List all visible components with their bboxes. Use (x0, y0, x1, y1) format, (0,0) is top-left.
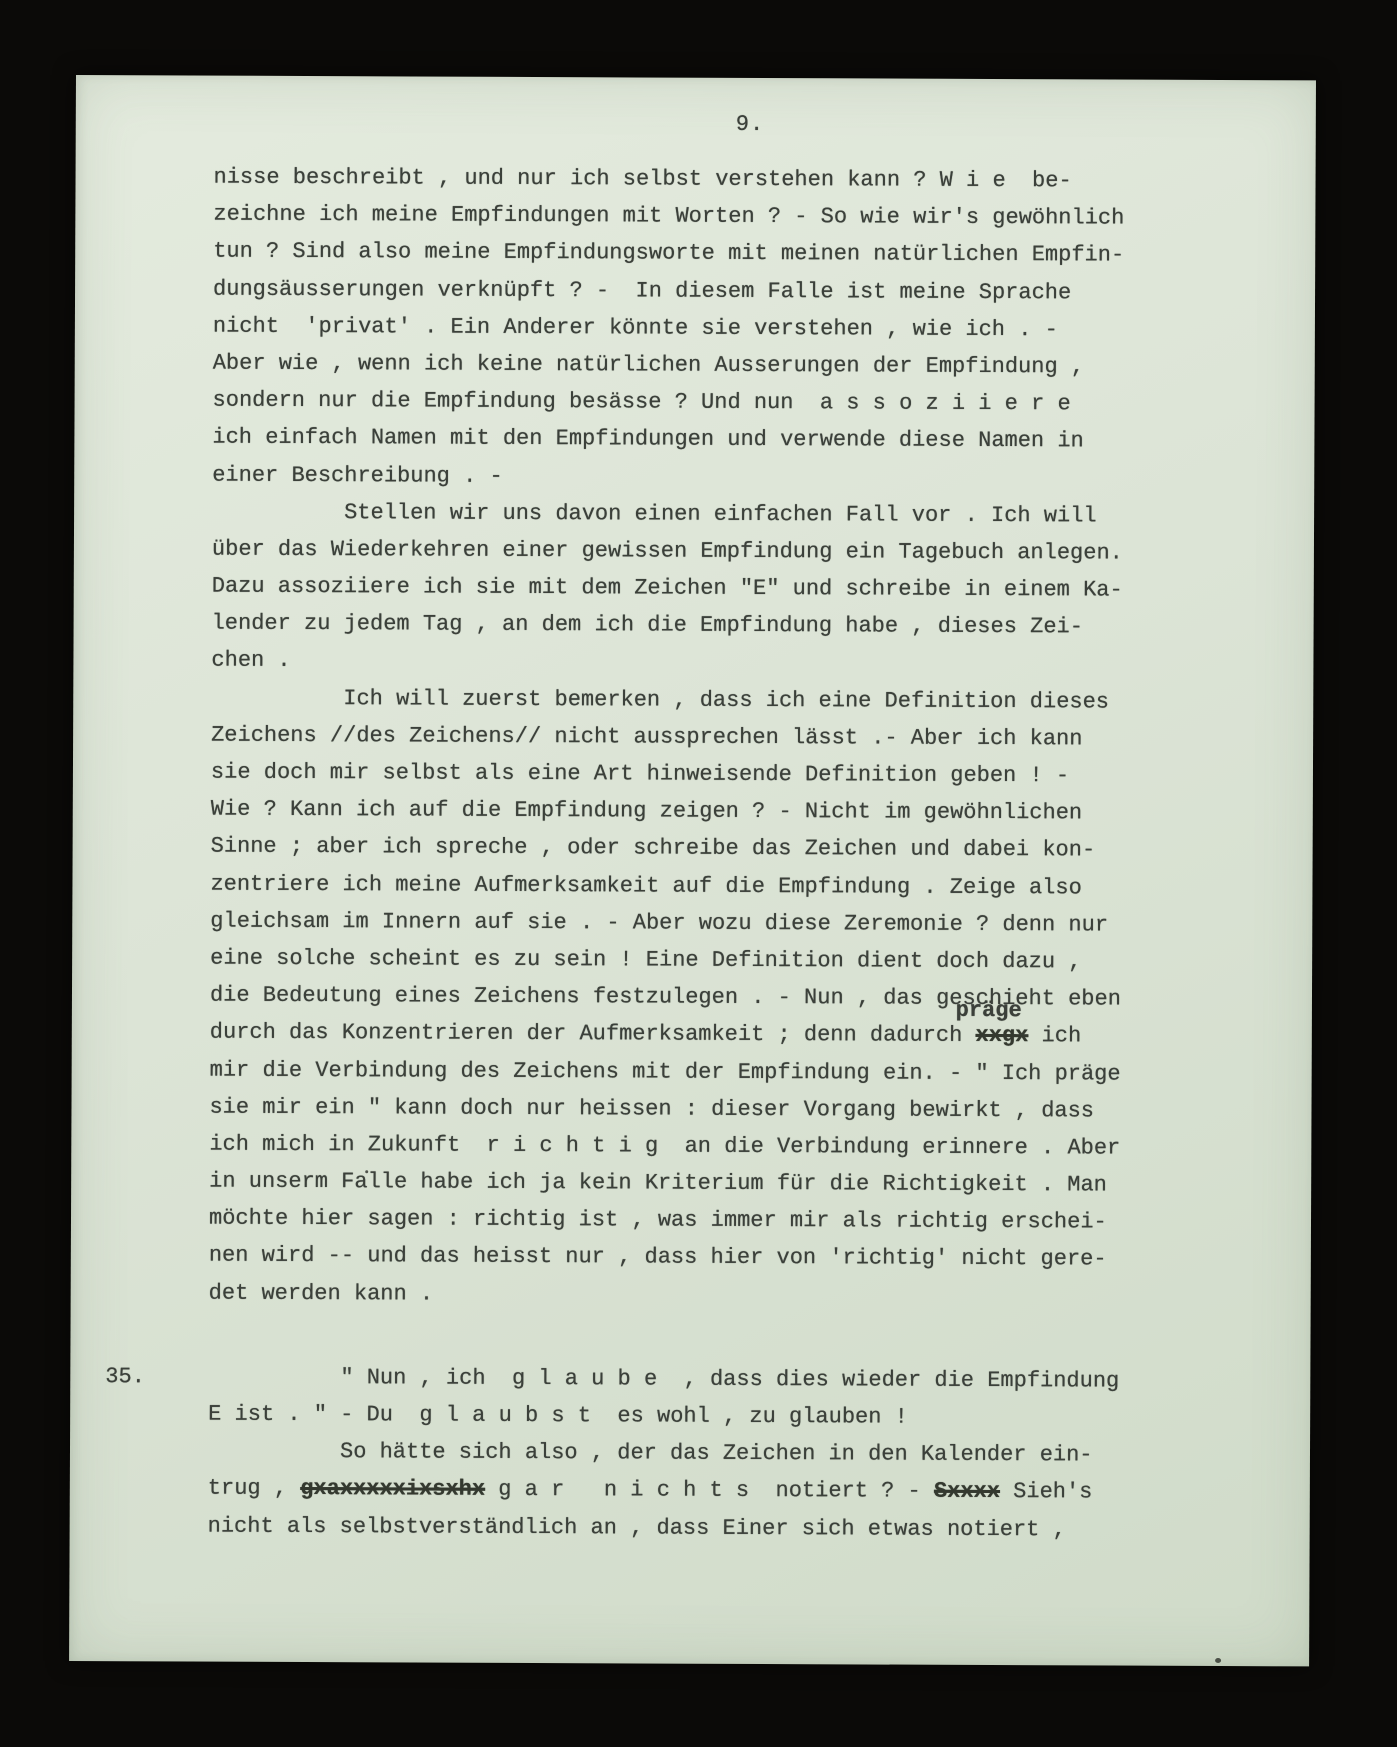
text-segment: nicht als selbstverständlich an , dass E… (208, 1513, 1066, 1542)
text-line: Aber wie , wenn ich keine natürlichen Au… (213, 345, 1283, 387)
text-line: in unserm Falle habe ich ja kein Kriteri… (209, 1163, 1279, 1205)
struck-out-text: xxgx (975, 1023, 1028, 1048)
text-segment: So hätte sich also , der das Zeichen in … (208, 1439, 1093, 1468)
text-line: sie doch mir selbst als eine Art hinweis… (211, 754, 1281, 796)
text-segment: sie mir ein " kann doch nur heissen : di… (209, 1094, 1094, 1123)
text-line: sie mir ein " kann doch nur heissen : di… (209, 1088, 1279, 1130)
text-segment: zentriere ich meine Aufmerksamkeit auf d… (210, 871, 1081, 900)
text-segment: zeichne ich meine Empfindungen mit Worte… (213, 202, 1124, 231)
text-line: " Nun , ich g l a u b e , dass dies wied… (208, 1358, 1278, 1400)
text-segment: trug , (208, 1476, 301, 1501)
text-line: lender zu jedem Tag , an dem ich die Emp… (212, 605, 1282, 647)
text-segment: g a r n i c h t s notiert ? - (485, 1477, 934, 1504)
text-segment: einer Beschreibung . - (212, 462, 503, 488)
text-segment: lender zu jedem Tag , an dem ich die Emp… (212, 611, 1083, 640)
text-segment: nen wird -- und das heisst nur , dass hi… (209, 1243, 1107, 1272)
text-segment: Aber wie , wenn ich keine natürlichen Au… (213, 351, 1084, 380)
text-line: trug , gxaxxxxxixsxhx g a r n i c h t s … (208, 1470, 1278, 1512)
text-segment: mir die Verbindung des Zeichens mit der … (210, 1057, 1121, 1086)
text-segment: nisse beschreibt , und nur ich selbst ve… (214, 165, 1072, 194)
scan-background: { "colors": { "background": "#0b0a08", "… (0, 0, 1397, 1747)
text-segment: Sinne ; aber ich spreche , oder schreibe… (211, 834, 1096, 863)
text-segment: Ich will zuerst bemerken , dass ich eine… (211, 685, 1109, 714)
struck-out-text: gxaxxxxxixsxhx (300, 1476, 485, 1502)
text-segment: Zeichens //des Zeichens// nicht aussprec… (211, 722, 1082, 751)
text-line: die Bedeutung eines Zeichens festzulegen… (210, 977, 1280, 1019)
text-line: dungsäusserungen verknüpft ? - In diesem… (213, 270, 1283, 312)
text-segment: sie doch mir selbst als eine Art hinweis… (211, 760, 1069, 789)
text-line: E ist . " - Du g l a u b s t es wohl , z… (208, 1396, 1278, 1438)
text-segment: Wie ? Kann ich auf die Empfindung zeigen… (211, 797, 1082, 826)
text-segment: ich mich in Zukunft r i c h t i g an die… (209, 1131, 1120, 1160)
text-line: ich mich in Zukunft r i c h t i g an die… (209, 1125, 1279, 1167)
text-segment: Sieh's (1000, 1479, 1093, 1504)
text-line: Stellen wir uns davon einen einfachen Fa… (212, 493, 1282, 535)
text-line: nicht als selbstverständlich an , dass E… (208, 1507, 1278, 1549)
text-line: möchte hier sagen : richtig ist , was im… (209, 1200, 1279, 1242)
struck-out-text: Sxxxx (934, 1479, 1000, 1504)
text-line: det werden kann . (209, 1274, 1279, 1316)
text-line: Dazu assoziiere ich sie mit dem Zeichen … (212, 568, 1282, 610)
text-segment: eine solche scheint es zu sein ! Eine De… (210, 946, 1081, 975)
text-segment: Dazu assoziiere ich sie mit dem Zeichen … (212, 574, 1123, 603)
text-segment: E ist . " - Du g l a u b s t es wohl , z… (208, 1402, 908, 1430)
text-line: nen wird -- und das heisst nur , dass hi… (209, 1237, 1279, 1279)
text-segment: über das Wiederkehren einer gewissen Emp… (212, 536, 1123, 565)
text-line: nisse beschreibt , und nur ich selbst ve… (213, 159, 1283, 201)
text-segment: dungsäusserungen verknüpft ? - In diesem… (213, 276, 1071, 305)
paragraph: 35. " Nun , ich g l a u b e , dass dies … (208, 1358, 1279, 1549)
text-line: zeichne ich meine Empfindungen mit Worte… (213, 196, 1283, 238)
text-line: mir die Verbindung des Zeichens mit der … (210, 1051, 1280, 1093)
text-line: sondern nur die Empfindung besässe ? Und… (213, 382, 1283, 424)
dust-speck (365, 1170, 368, 1173)
text-line: zentriere ich meine Aufmerksamkeit auf d… (210, 865, 1280, 907)
text-line: nicht 'privat' . Ein Anderer könnte sie … (213, 307, 1283, 349)
text-segment: sondern nur die Empfindung besässe ? Und… (213, 388, 1071, 417)
text-line: chen . (211, 642, 1281, 684)
paragraph: nisse beschreibt , und nur ich selbst ve… (209, 159, 1284, 1316)
text-line: durch das Konzentrieren der Aufmerksamke… (210, 1014, 1280, 1056)
page-number: 9. (736, 112, 765, 137)
text-segment: möchte hier sagen : richtig ist , was im… (209, 1206, 1107, 1235)
text-segment: in unserm Falle habe ich ja kein Kriteri… (209, 1169, 1107, 1198)
text-segment: ich einfach Namen mit den Empfindungen u… (212, 425, 1083, 454)
text-line: Ich will zuerst bemerken , dass ich eine… (211, 679, 1281, 721)
text-line: So hätte sich also , der das Zeichen in … (208, 1433, 1278, 1475)
dust-speck (1215, 1658, 1221, 1663)
text-line: tun ? Sind also meine Empfindungsworte m… (213, 233, 1283, 275)
text-segment: chen . (211, 648, 290, 673)
text-line: einer Beschreibung . - (212, 456, 1282, 498)
text-line: gleichsam im Innern auf sie . - Aber woz… (210, 902, 1280, 944)
text-segment: Stellen wir uns davon einen einfachen Fa… (212, 499, 1097, 528)
text-line: ich einfach Namen mit den Empfindungen u… (212, 419, 1282, 461)
text-segment: det werden kann . (209, 1280, 434, 1306)
text-segment: ich (1028, 1023, 1081, 1048)
typescript-page: 9. nisse beschreibt , und nur ich selbst… (69, 75, 1316, 1666)
text-segment: durch das Konzentrieren der Aufmerksamke… (210, 1020, 976, 1048)
inserted-word-above-line: präge (956, 1000, 1022, 1022)
text-segment: gleichsam im Innern auf sie . - Aber woz… (210, 908, 1108, 937)
text-segment: nicht 'privat' . Ein Anderer könnte sie … (213, 313, 1058, 342)
typed-correction: xxgxpräge (975, 1017, 1028, 1054)
text-line: Zeichens //des Zeichens// nicht aussprec… (211, 716, 1281, 758)
text-line: Wie ? Kann ich auf die Empfindung zeigen… (211, 791, 1281, 833)
section-number: 35. (105, 1358, 145, 1395)
text-block: nisse beschreibt , und nur ich selbst ve… (208, 159, 1284, 1549)
text-segment: " Nun , ich g l a u b e , dass dies wied… (208, 1364, 1119, 1393)
text-line: eine solche scheint es zu sein ! Eine De… (210, 940, 1280, 982)
text-line: Sinne ; aber ich spreche , oder schreibe… (211, 828, 1281, 870)
text-line: über das Wiederkehren einer gewissen Emp… (212, 530, 1282, 572)
text-segment: tun ? Sind also meine Empfindungsworte m… (213, 239, 1124, 268)
